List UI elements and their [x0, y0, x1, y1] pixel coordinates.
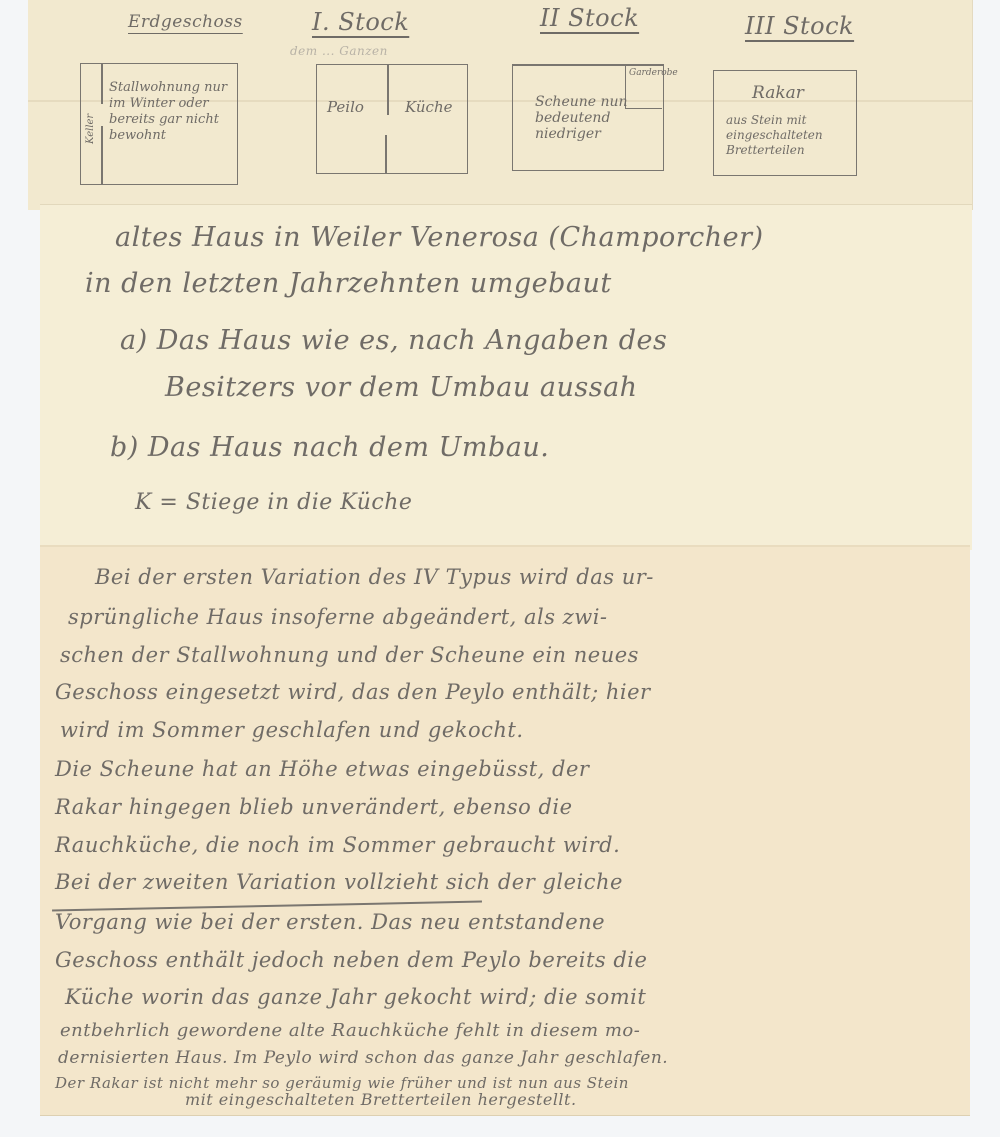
body-line: schen der Stallwohnung und der Scheune e… [60, 643, 639, 667]
body-line: wird im Sommer geschlafen und gekocht. [60, 718, 524, 742]
caption-legend-k: K = Stiege in die Küche [135, 490, 412, 515]
room-label-rakar-detail: aus Stein mit eingeschalteten Brettertei… [726, 113, 852, 158]
faint-note: dem ... Ganzen [290, 44, 388, 58]
room-label-peilo: Peilo [327, 99, 364, 115]
body-line: entbehrlich gewordene alte Rauchküche fe… [60, 1020, 640, 1041]
room-label-garderobe: Garderobe [629, 68, 678, 79]
body-line: Rauchküche, die noch im Sommer gebraucht… [55, 833, 620, 857]
header-stock-2: II Stock [540, 4, 639, 32]
caption-item-a-line-1: a) Das Haus wie es, nach Angaben des [120, 325, 667, 356]
body-line: Die Scheune hat an Höhe etwas eingebüsst… [55, 757, 589, 781]
room-label-rakar: Rakar [752, 85, 804, 101]
body-line: Küche worin das ganze Jahr gekocht wird;… [65, 985, 646, 1009]
caption-line-2: in den letzten Jahrzehnten umgebaut [85, 268, 612, 299]
body-line: Bei der ersten Variation des IV Typus wi… [95, 565, 654, 589]
floor-plan-stock-2: Garderobe Scheune nun bedeutend niedrige… [512, 64, 664, 171]
body-line: Geschoss eingesetzt wird, das den Peylo … [55, 680, 651, 704]
body-line: Bei der zweiten Variation vollzieht sich… [55, 870, 623, 894]
header-erdgeschoss: Erdgeschoss [128, 12, 243, 32]
body-line: Geschoss enthält jedoch neben dem Peylo … [55, 948, 647, 972]
body-line: Rakar hingegen blieb unverändert, ebenso… [55, 795, 573, 819]
room-label-scheune: Scheune nun bedeutend niedriger [535, 94, 655, 142]
caption-item-b: b) Das Haus nach dem Umbau. [110, 432, 549, 463]
body-line: sprüngliche Haus insoferne abgeändert, a… [68, 605, 608, 629]
body-line: mit eingeschalteten Bretterteilen herges… [185, 1090, 577, 1109]
floor-plan-erdgeschoss: Stallwohnung nur im Winter oder bereits … [80, 63, 238, 185]
room-label-stallwohnung: Stallwohnung nur im Winter oder bereits … [109, 80, 233, 144]
caption-item-a-line-2: Besitzers vor dem Umbau aussah [165, 372, 638, 403]
floor-plan-stock-3: Rakar aus Stein mit eingeschalteten Bret… [713, 70, 857, 176]
caption-line-1: altes Haus in Weiler Venerosa (Champorch… [115, 222, 764, 253]
body-line: dernisierten Haus. Im Peylo wird schon d… [58, 1048, 668, 1068]
body-line: Vorgang wie bei der ersten. Das neu ents… [55, 910, 605, 934]
header-stock-3: III Stock [745, 12, 854, 40]
room-label-keller: Keller [83, 114, 99, 144]
floor-plan-stock-1: Peilo Küche [316, 64, 468, 174]
room-label-kueche: Küche [405, 99, 452, 115]
header-stock-1: I. Stock [312, 8, 409, 36]
